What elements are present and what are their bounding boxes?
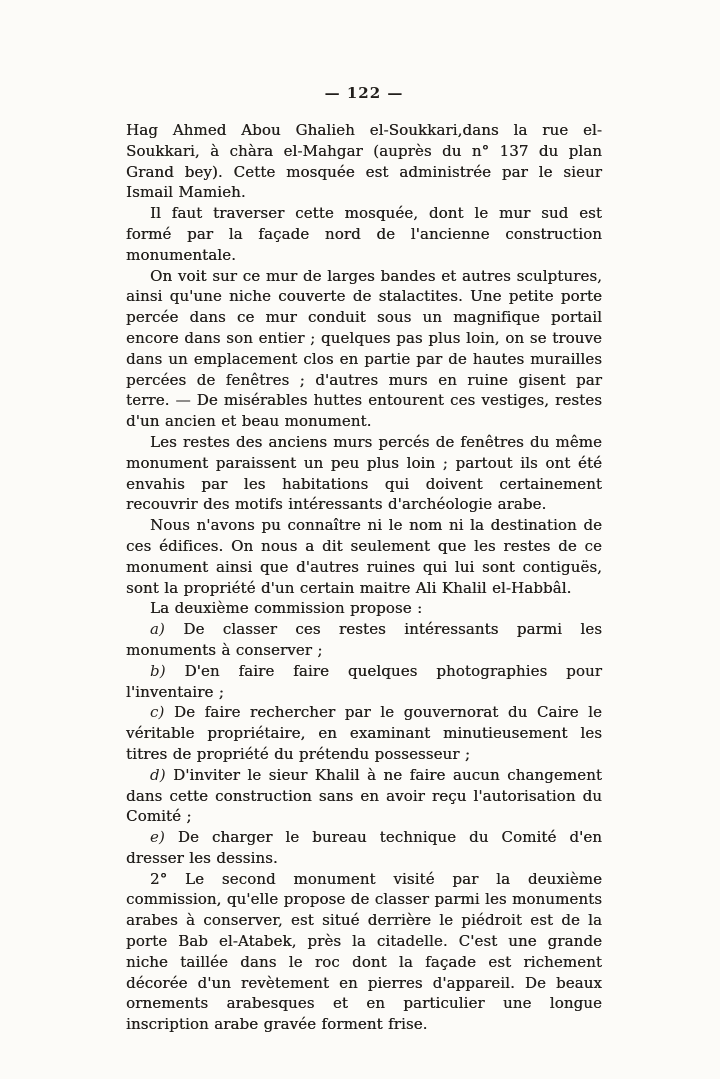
list-item-letter: e) (150, 828, 165, 846)
paragraph-text: Les restes des anciens murs percés de fe… (126, 433, 602, 513)
page-number: — 122 — (126, 84, 602, 102)
paragraph-text: De classer ces restes intéressants parmi… (126, 620, 602, 659)
paragraph-text: Il faut traverser cette mosquée, dont le… (126, 204, 602, 264)
paragraph: Les restes des anciens murs percés de fe… (126, 432, 602, 515)
paragraph-text: Nous n'avons pu connaître ni le nom ni l… (126, 516, 602, 596)
scanned-book-page: — 122 — Hag Ahmed Abou Ghalieh el-Soukka… (0, 0, 720, 1079)
list-item-letter: b) (150, 662, 166, 680)
paragraph: La deuxième commission propose : (126, 598, 602, 619)
list-item-letter: c) (150, 703, 164, 721)
text-block: Hag Ahmed Abou Ghalieh el-Soukkari,dans … (126, 120, 602, 1035)
paragraph: Hag Ahmed Abou Ghalieh el-Soukkari,dans … (126, 120, 602, 203)
paragraph-text: D'en faire faire quelques photographies … (126, 662, 602, 701)
paragraph: Nous n'avons pu connaître ni le nom ni l… (126, 515, 602, 598)
paragraph-text: 2° Le second monument visité par la deux… (126, 870, 602, 1034)
paragraph: Il faut traverser cette mosquée, dont le… (126, 203, 602, 265)
list-item-b: b) D'en faire faire quelques photographi… (126, 661, 602, 703)
paragraph-text: D'inviter le sieur Khalil à ne faire auc… (126, 766, 602, 826)
paragraph: On voit sur ce mur de larges bandes et a… (126, 266, 602, 432)
list-item-letter: d) (150, 766, 166, 784)
list-item-a: a) De classer ces restes intéressants pa… (126, 619, 602, 661)
paragraph-text: De faire rechercher par le gouvernorat d… (126, 703, 602, 763)
list-item-c: c) De faire rechercher par le gouvernora… (126, 702, 602, 764)
paragraph-text: Hag Ahmed Abou Ghalieh el-Soukkari,dans … (126, 121, 602, 201)
list-item-e: e) De charger le bureau technique du Com… (126, 827, 602, 869)
list-item-letter: a) (150, 620, 165, 638)
paragraph-text: De charger le bureau technique du Comité… (126, 828, 602, 867)
paragraph-text: On voit sur ce mur de larges bandes et a… (126, 267, 602, 431)
paragraph-text: La deuxième commission propose : (150, 599, 422, 617)
list-item-d: d) D'inviter le sieur Khalil à ne faire … (126, 765, 602, 827)
paragraph: 2° Le second monument visité par la deux… (126, 869, 602, 1035)
